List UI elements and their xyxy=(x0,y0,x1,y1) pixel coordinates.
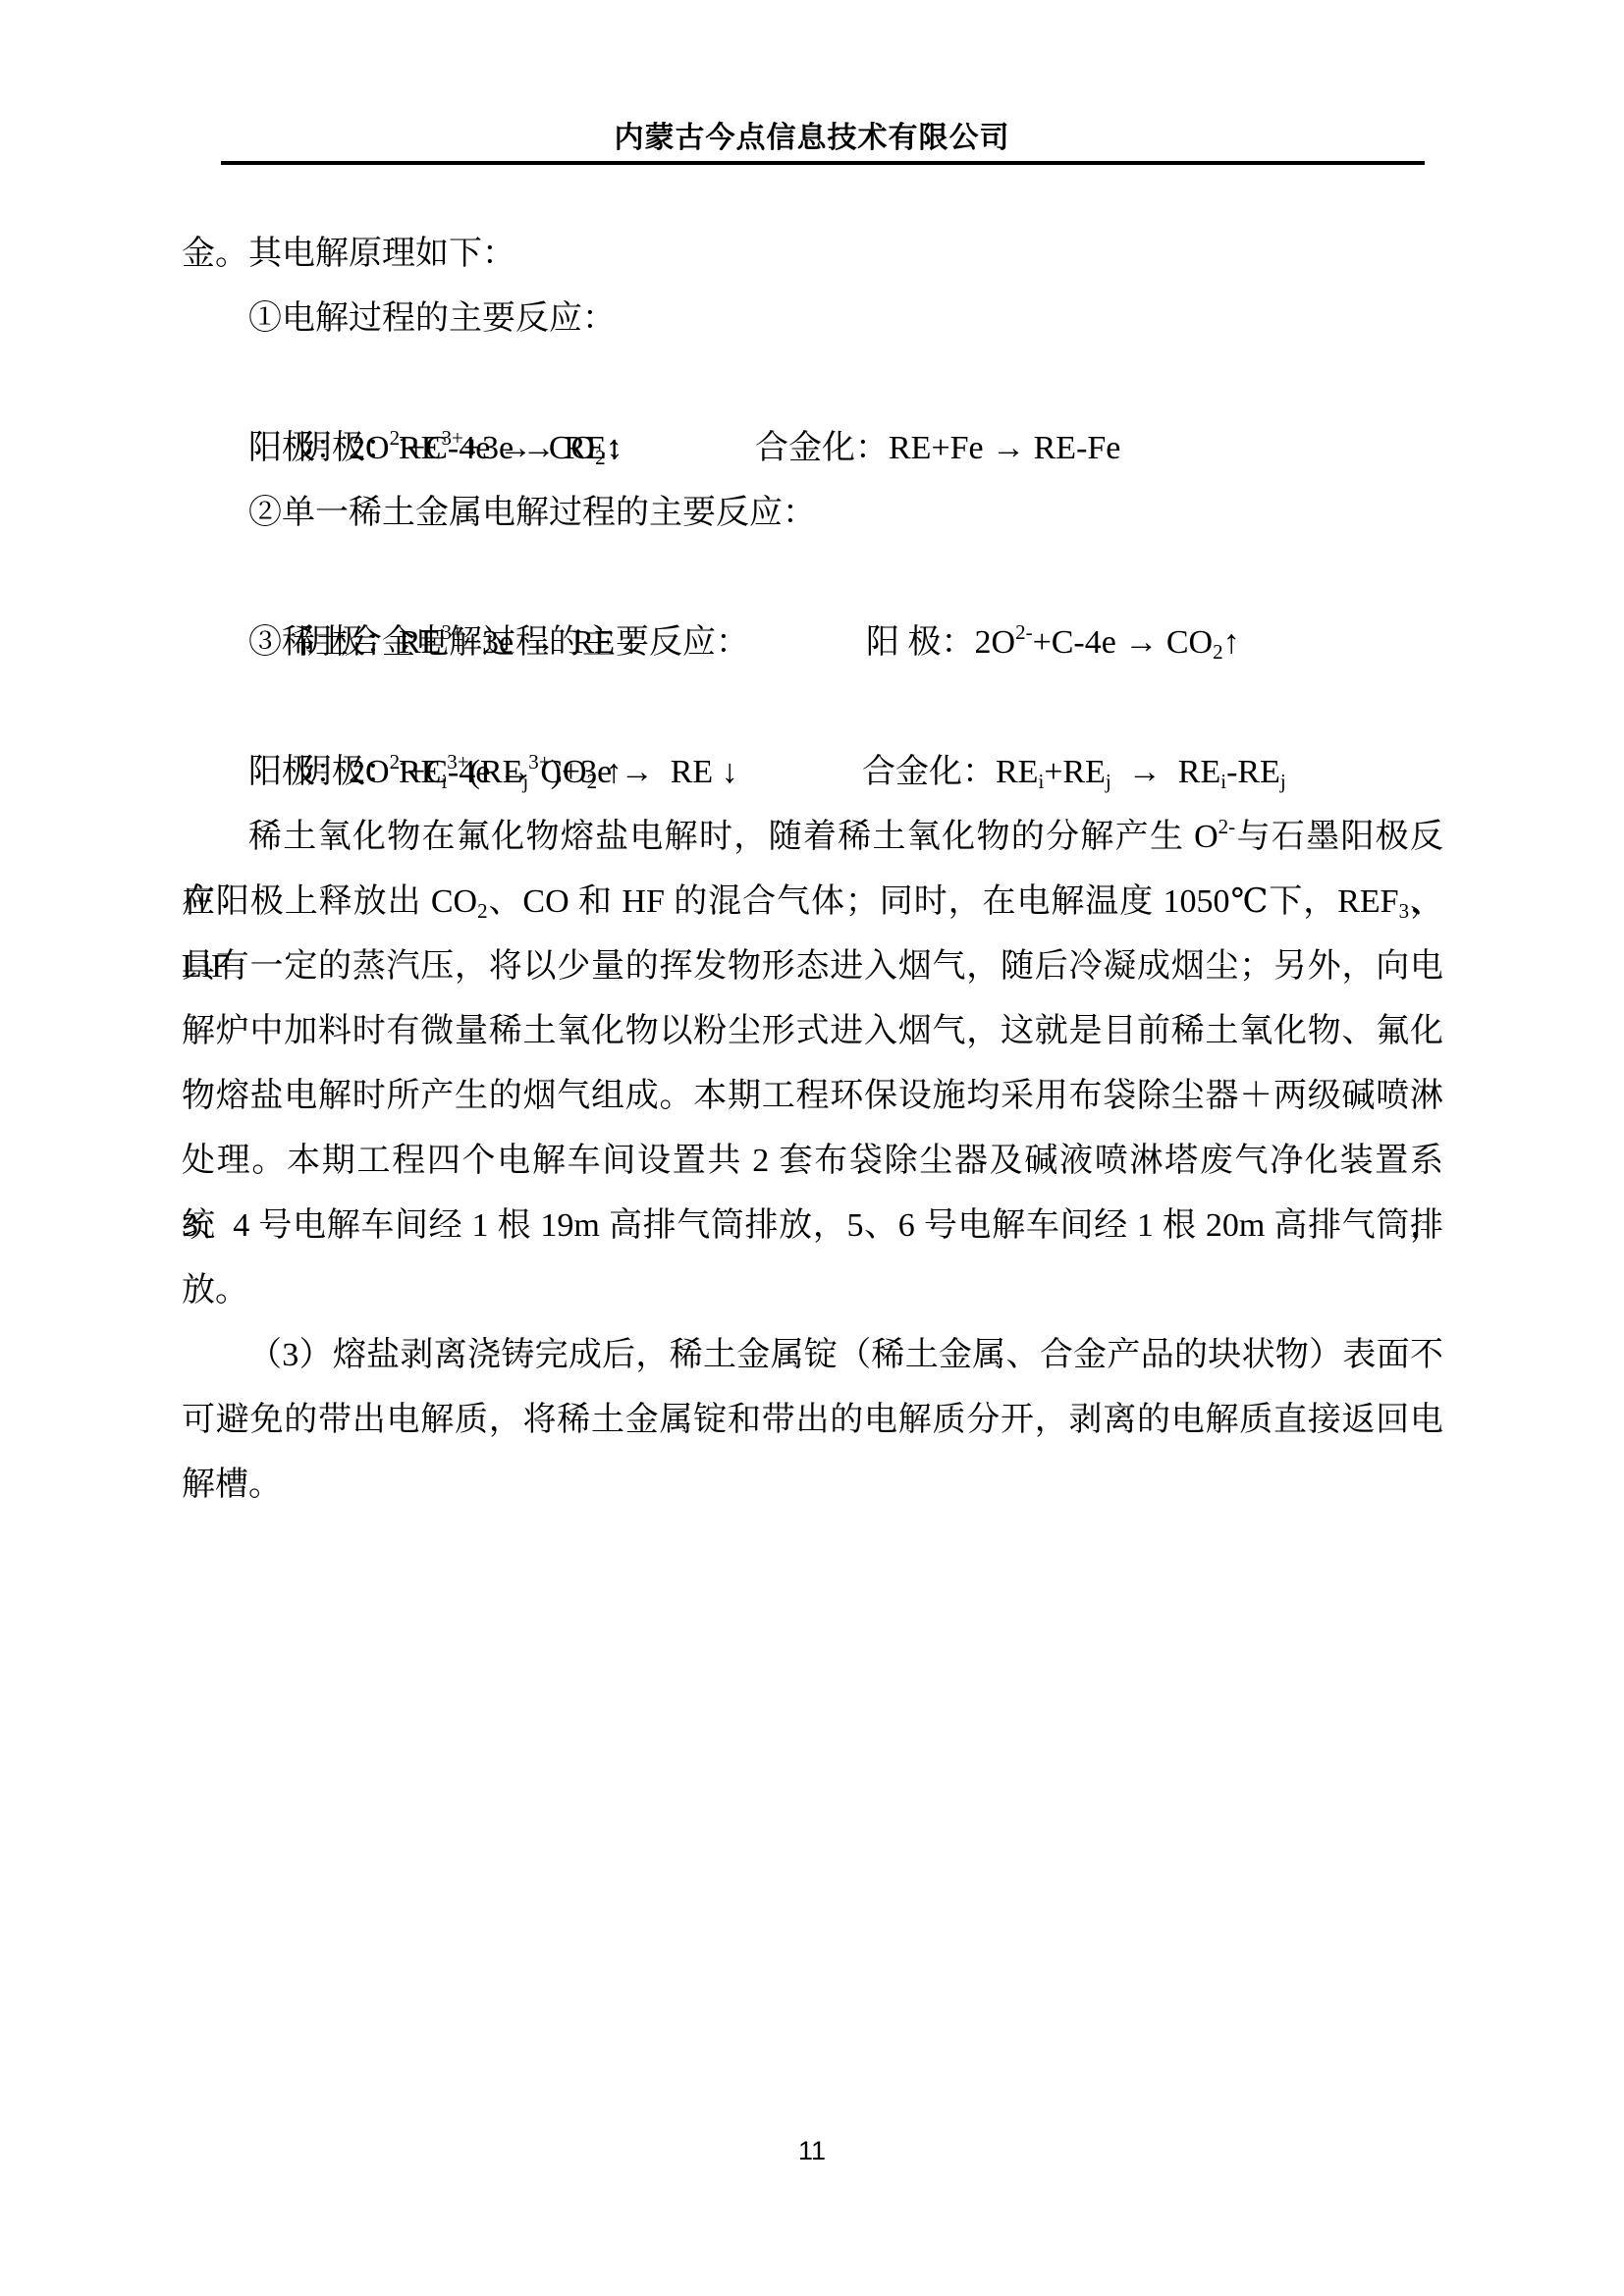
reaction-2-title: ②单一稀土金属电解过程的主要反应： xyxy=(182,481,1443,546)
reaction-1-title: ①电解过程的主要反应： xyxy=(182,287,1443,351)
paragraph-1-line: 具有一定的蒸汽压，将以少量的挥发物形态进入烟气，随后冷凝成烟尘；另外，向电 xyxy=(182,934,1443,999)
paragraph-2-line: 解槽。 xyxy=(182,1453,1443,1518)
page-footer: 11 xyxy=(0,2136,1624,2165)
alloying-equation: 合金化：REi+REj → REi-REj xyxy=(862,740,1286,805)
header-divider xyxy=(221,161,1425,165)
paragraph-1-line: 3、4 号电解车间经 1 根 19m 高排气筒排放，5、6 号电解车间经 1 根… xyxy=(182,1194,1443,1258)
reaction-3-equations: 阴极：REi3+(REj3+)+3e → RE ↓合金化：REi+REj → R… xyxy=(182,675,1443,740)
alloying-equation: 合金化：RE+Fe → RE-Fe xyxy=(755,416,1120,481)
intro-line: 金。其电解原理如下： xyxy=(182,222,1443,287)
company-name-header: 内蒙古今点信息技术有限公司 xyxy=(0,122,1624,155)
anode-equation: 阳 极：2O2-+C-4e → CO2↑ xyxy=(866,611,1240,675)
paragraph-1-line: 在阳极上释放出 CO2、CO 和 HF 的混合气体；同时，在电解温度 1050℃… xyxy=(182,870,1443,934)
reaction-2-equations: 阴极：RE3++3e → RE ↓阳 极：2O2-+C-4e → CO2↑ xyxy=(182,546,1443,611)
paragraph-1-line: 物熔盐电解时所产生的烟气组成。本期工程环保设施均采用布袋除尘器＋两级碱喷淋 xyxy=(182,1064,1443,1129)
page-number: 11 xyxy=(798,2136,826,2165)
reaction-1-equations: 阴极：RE3++3e → RE↓合金化：RE+Fe → RE-Fe xyxy=(182,351,1443,416)
paragraph-1-line: 处理。本期工程四个电解车间设置共 2 套布袋除尘器及碱液喷淋塔废气净化装置系统， xyxy=(182,1129,1443,1194)
paragraph-1-line: 放。 xyxy=(182,1258,1443,1323)
paragraph-1-line: 稀土氧化物在氟化物熔盐电解时，随着稀土氧化物的分解产生 O2-与石墨阳极反应， xyxy=(182,805,1443,870)
paragraph-2-line: （3）熔盐剥离浇铸完成后，稀土金属锭（稀土金属、合金产品的块状物）表面不 xyxy=(182,1323,1443,1388)
document-body: 金。其电解原理如下： ①电解过程的主要反应： 阴极：RE3++3e → RE↓合… xyxy=(182,222,1443,1518)
paragraph-1-line: 解炉中加料时有微量稀土氧化物以粉尘形式进入烟气，这就是目前稀土氧化物、氟化 xyxy=(182,999,1443,1064)
paragraph-2-line: 可避免的带出电解质，将稀土金属锭和带出的电解质分开，剥离的电解质直接返回电 xyxy=(182,1388,1443,1453)
document-page: 内蒙古今点信息技术有限公司 金。其电解原理如下： ①电解过程的主要反应： 阴极：… xyxy=(0,0,1624,2296)
